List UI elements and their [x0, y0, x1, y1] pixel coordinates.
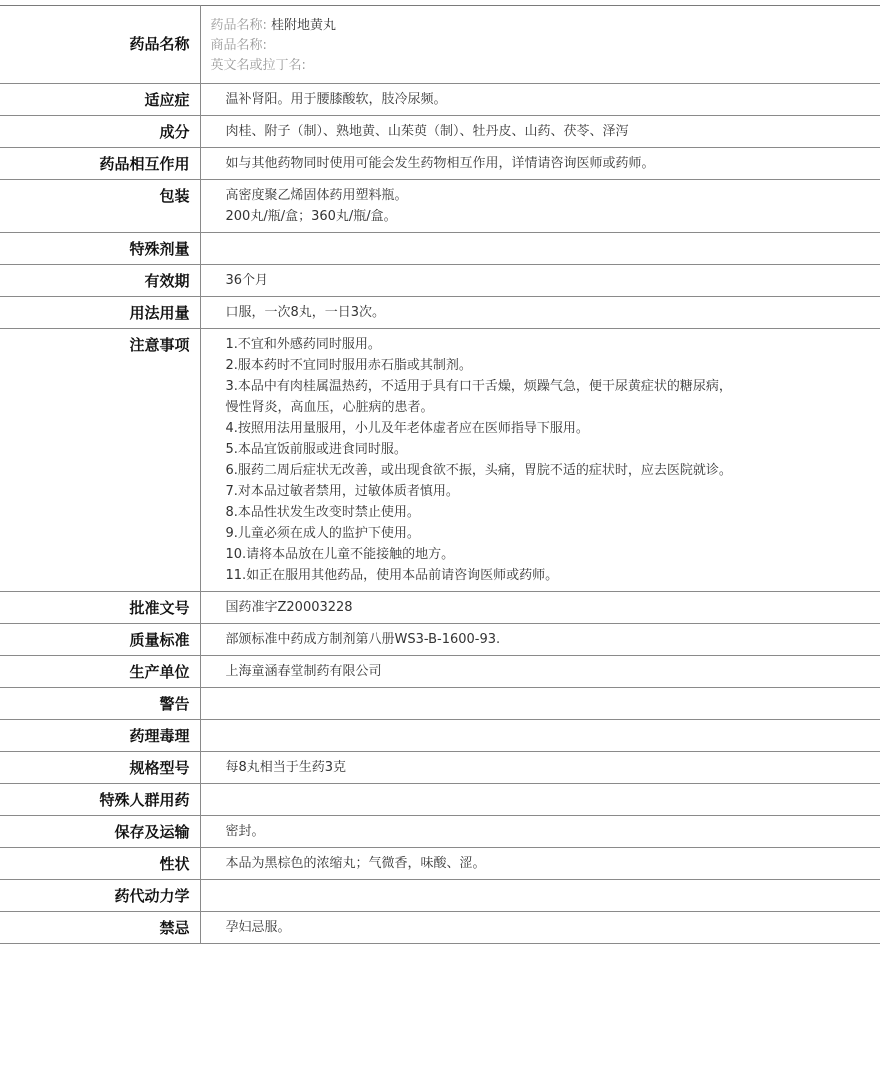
- latin-name-label: 英文名或拉丁名:: [211, 58, 306, 73]
- row-properties: 性状 本品为黑棕色的浓缩丸；气微香，味酸、涩。: [0, 848, 880, 880]
- precaution-item: 慢性肾炎，高血压，心脏病的患者。: [226, 397, 880, 418]
- precaution-item: 6.服药二周后症状无改善，或出现食欲不振，头痛，胃脘不适的症状时，应去医院就诊。: [226, 460, 880, 481]
- row-specification: 规格型号 每8丸相当于生药3克: [0, 752, 880, 784]
- row-pharmacokinetics: 药代动力学: [0, 880, 880, 912]
- row-value: 高密度聚乙烯固体药用塑料瓶。 200丸/瓶/盒；360丸/瓶/盒。: [200, 180, 880, 233]
- precaution-item: 7.对本品过敏者禁用，过敏体质者慎用。: [226, 481, 880, 502]
- row-value: [200, 880, 880, 912]
- row-usage: 用法用量 口服，一次8丸，一日3次。: [0, 297, 880, 329]
- label-cell: 生产单位: [0, 656, 200, 688]
- label-cell: 注意事项: [0, 329, 200, 592]
- precaution-item: 5.本品宜饭前服或进食同时服。: [226, 439, 880, 460]
- value-cell: 药品名称: 桂附地黄丸 商品名称: 英文名或拉丁名:: [200, 6, 880, 84]
- label-cell: 批准文号: [0, 592, 200, 624]
- precaution-item: 8.本品性状发生改变时禁止使用。: [226, 502, 880, 523]
- row-label: 规格型号: [0, 752, 190, 778]
- row-warning: 警告: [0, 688, 880, 720]
- label-cell: 包装: [0, 180, 200, 233]
- row-quality: 质量标准 部颁标准中药成方制剂第八册WS3-B-1600-93.: [0, 624, 880, 656]
- row-value: 每8丸相当于生药3克: [200, 752, 880, 784]
- drug-spec-table: 药品名称 药品名称: 桂附地黄丸 商品名称: 英文名或拉丁名: 适应症 温补肾阳…: [0, 5, 880, 944]
- precaution-item: 1.不宜和外感药同时服用。: [226, 334, 880, 355]
- row-special-groups: 特殊人群用药: [0, 784, 880, 816]
- row-value: 密封。: [200, 816, 880, 848]
- row-label-name: 药品名称: [0, 6, 190, 54]
- row-value: 肉桂、附子（制）、熟地黄、山茱萸（制）、牡丹皮、山药、茯苓、泽泻: [200, 116, 880, 148]
- row-label: 保存及运输: [0, 816, 190, 842]
- row-label: 生产单位: [0, 656, 190, 682]
- label-cell: 药品相互作用: [0, 148, 200, 180]
- row-label: 包装: [0, 180, 190, 206]
- label-cell: 成分: [0, 116, 200, 148]
- row-value: 口服，一次8丸，一日3次。: [200, 297, 880, 329]
- row-label: 特殊剂量: [0, 233, 190, 259]
- row-value: 36个月: [200, 265, 880, 297]
- row-value: 上海童涵春堂制药有限公司: [200, 656, 880, 688]
- label-cell: 有效期: [0, 265, 200, 297]
- label-cell: 药代动力学: [0, 880, 200, 912]
- precaution-item: 11.如正在服用其他药品，使用本品前请咨询医师或药师。: [226, 565, 880, 586]
- label-cell: 适应症: [0, 84, 200, 116]
- row-value: 1.不宜和外感药同时服用。 2.服本药时不宜同时服用赤石脂或其制剂。 3.本品中…: [200, 329, 880, 592]
- precaution-item: 9.儿童必须在成人的监护下使用。: [226, 523, 880, 544]
- label-cell: 特殊人群用药: [0, 784, 200, 816]
- row-indications: 适应症 温补肾阳。用于腰膝酸软，肢冷尿频。: [0, 84, 880, 116]
- row-ingredients: 成分 肉桂、附子（制）、熟地黄、山茱萸（制）、牡丹皮、山药、茯苓、泽泻: [0, 116, 880, 148]
- row-label: 注意事项: [0, 329, 190, 355]
- row-contraindications: 禁忌 孕妇忌服。: [0, 912, 880, 944]
- row-value: 国药准字Z20003228: [200, 592, 880, 624]
- label-cell: 特殊剂量: [0, 233, 200, 265]
- row-value: 部颁标准中药成方制剂第八册WS3-B-1600-93.: [200, 624, 880, 656]
- label-cell: 性状: [0, 848, 200, 880]
- row-toxicology: 药理毒理: [0, 720, 880, 752]
- row-interactions: 药品相互作用 如与其他药物同时使用可能会发生药物相互作用，详情请咨询医师或药师。: [0, 148, 880, 180]
- precaution-item: 2.服本药时不宜同时服用赤石脂或其制剂。: [226, 355, 880, 376]
- row-label: 药代动力学: [0, 880, 190, 906]
- row-label: 警告: [0, 688, 190, 714]
- precaution-item: 10.请将本品放在儿童不能接触的地方。: [226, 544, 880, 565]
- row-special-dosage: 特殊剂量: [0, 233, 880, 265]
- row-label: 性状: [0, 848, 190, 874]
- label-cell: 用法用量: [0, 297, 200, 329]
- drug-name-label: 药品名称:: [211, 18, 267, 33]
- row-label: 药理毒理: [0, 720, 190, 746]
- label-cell: 保存及运输: [0, 816, 200, 848]
- precaution-item: 4.按照用法用量服用，小儿及年老体虚者应在医师指导下服用。: [226, 418, 880, 439]
- row-value: 如与其他药物同时使用可能会发生药物相互作用，详情请咨询医师或药师。: [200, 148, 880, 180]
- label-cell: 药品名称: [0, 6, 200, 84]
- row-storage: 保存及运输 密封。: [0, 816, 880, 848]
- drug-name-value: 桂附地黄丸: [271, 18, 336, 33]
- label-cell: 警告: [0, 688, 200, 720]
- label-cell: 规格型号: [0, 752, 200, 784]
- trade-name-label: 商品名称:: [211, 38, 267, 53]
- row-label: 适应症: [0, 84, 190, 110]
- row-label: 批准文号: [0, 592, 190, 618]
- row-label: 特殊人群用药: [0, 784, 190, 810]
- row-value: [200, 784, 880, 816]
- label-cell: 质量标准: [0, 624, 200, 656]
- packaging-line: 200丸/瓶/盒；360丸/瓶/盒。: [226, 206, 880, 227]
- label-cell: 药理毒理: [0, 720, 200, 752]
- row-value: 本品为黑棕色的浓缩丸；气微香，味酸、涩。: [200, 848, 880, 880]
- row-value: [200, 720, 880, 752]
- label-cell: 禁忌: [0, 912, 200, 944]
- row-value: [200, 233, 880, 265]
- row-label: 用法用量: [0, 297, 190, 323]
- row-shelf-life: 有效期 36个月: [0, 265, 880, 297]
- packaging-line: 高密度聚乙烯固体药用塑料瓶。: [226, 185, 880, 206]
- row-packaging: 包装 高密度聚乙烯固体药用塑料瓶。 200丸/瓶/盒；360丸/瓶/盒。: [0, 180, 880, 233]
- row-label: 质量标准: [0, 624, 190, 650]
- row-label: 成分: [0, 116, 190, 142]
- row-manufacturer: 生产单位 上海童涵春堂制药有限公司: [0, 656, 880, 688]
- row-name: 药品名称 药品名称: 桂附地黄丸 商品名称: 英文名或拉丁名:: [0, 6, 880, 84]
- row-value: [200, 688, 880, 720]
- row-label: 有效期: [0, 265, 190, 291]
- row-value: 孕妇忌服。: [200, 912, 880, 944]
- row-value: 温补肾阳。用于腰膝酸软，肢冷尿频。: [200, 84, 880, 116]
- precaution-item: 3.本品中有肉桂属温热药，不适用于具有口干舌燥，烦躁气急，便干尿黄症状的糖尿病，: [226, 376, 880, 397]
- row-precautions: 注意事项 1.不宜和外感药同时服用。 2.服本药时不宜同时服用赤石脂或其制剂。 …: [0, 329, 880, 592]
- row-label: 药品相互作用: [0, 148, 190, 174]
- row-label: 禁忌: [0, 912, 190, 938]
- row-approval: 批准文号 国药准字Z20003228: [0, 592, 880, 624]
